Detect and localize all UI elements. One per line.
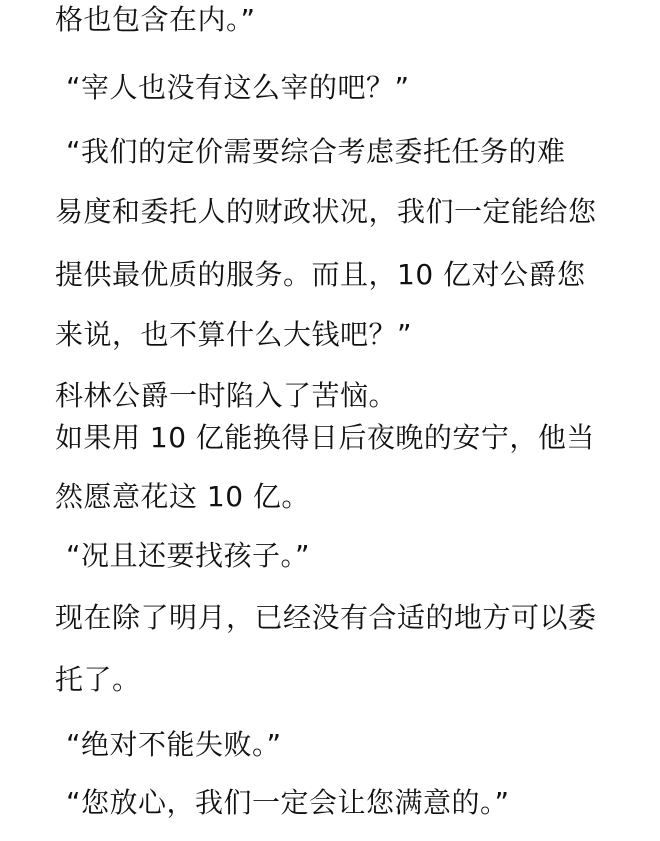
text-line: “我们的定价需要综合考虑委托任务的难	[66, 134, 566, 170]
text-line: 易度和委托人的财政状况，我们一定能给您	[55, 194, 597, 230]
text-line: 如果用 10 亿能换得日后夜晚的安宁，他当	[55, 420, 595, 456]
text-line: “您放心，我们一定会让您满意的。”	[66, 785, 510, 821]
text-line: 然愿意花这 10 亿。	[55, 479, 310, 515]
text-line: 现在除了明月，已经没有合适的地方可以委	[55, 600, 597, 636]
text-line: 提供最优质的服务。而且，10 亿对公爵您	[55, 257, 586, 293]
text-line: “况且还要找孩子。”	[66, 538, 310, 574]
text-line: “绝对不能失败。”	[66, 727, 282, 763]
text-line: 科林公爵一时陷入了苦恼。	[55, 378, 397, 414]
text-line: 托了。	[55, 662, 141, 698]
text-line: “宰人也没有这么宰的吧？”	[66, 70, 410, 106]
text-line: 格也包含在内。”	[55, 2, 256, 38]
text-line: 来说，也不算什么大钱吧？”	[55, 317, 412, 353]
